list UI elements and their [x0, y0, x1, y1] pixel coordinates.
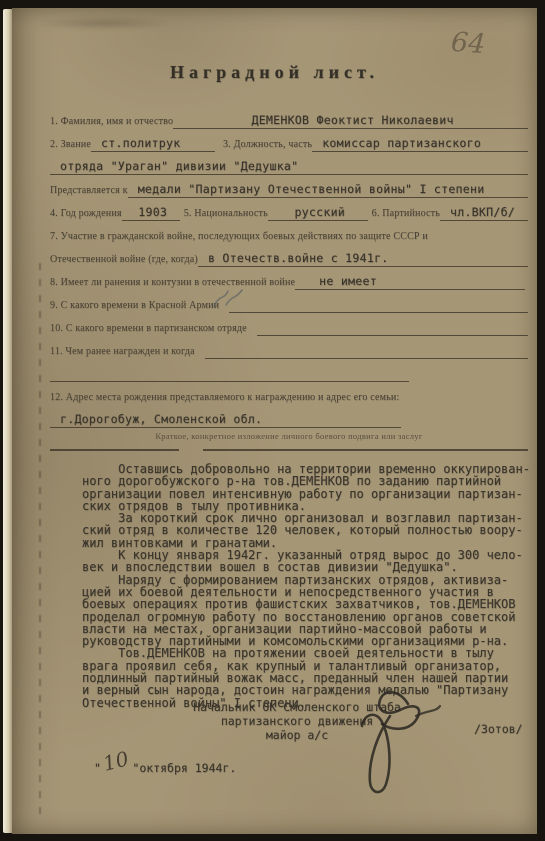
citation-paragraph: Наряду с формированием партизанских отря… [82, 574, 540, 648]
field-wounds: 8. Имеет ли ранения и контузии в отечест… [50, 267, 528, 290]
blank-line [455, 277, 525, 290]
presented-for-label: Представляется к [50, 185, 128, 198]
field-birth-nationality-party: 4. Год рождения 1903 5. Национальность р… [50, 198, 528, 221]
previous-awards-label: 11. Чем ранее награжден и когда [50, 346, 195, 359]
citation-text: Оставшись добровольно на территории врем… [82, 463, 540, 709]
address-value: г.Дорогобуж, Смоленской обл. [50, 412, 401, 428]
pencil-page-number: 64 [450, 27, 486, 60]
field-partisan-since: 10. С какого времени в партизанском отря… [50, 313, 528, 336]
field-name-label: 1. Фамилия, имя и отчество [50, 116, 173, 129]
partisan-since-label: 10. С какого времени в партизанском отря… [50, 323, 247, 336]
nationality-value: русский [268, 205, 368, 221]
field-address-label-row: 12. Адрес места рождения представляемого… [50, 382, 528, 405]
ink-smudge [40, 16, 170, 30]
field-war-participation-line1: 7. Участие в гражданской войне, последую… [50, 221, 528, 244]
field-address-value-row: г.Дорогобуж, Смоленской обл. [50, 405, 528, 428]
blank-line [395, 254, 528, 267]
divider-gap [179, 449, 203, 451]
signer-surname: /Зотов/ [474, 722, 522, 736]
citation-paragraph: К концу января 1942г. указанный отряд вы… [82, 549, 540, 574]
field-name-value: ДЕМЕНКОВ Феоктист Николаевич [173, 113, 528, 129]
field-previous-awards: 11. Чем ранее награжден и когда [50, 336, 528, 359]
divider-segment [50, 449, 179, 451]
address-label: 12. Адрес места рождения представляемого… [50, 392, 399, 405]
field-rank-label: 2. Звание [50, 139, 91, 152]
war-participation-value: в Отечеств.войне с 1941г. [198, 251, 395, 267]
field-position-value-line2: отряда "Ураган" дивизии "Дедушка" [50, 159, 528, 175]
citation-paragraph: Оставшись добровольно на территории врем… [82, 463, 540, 512]
handwritten-signature [312, 686, 462, 801]
award-form: 1. Фамилия, имя и отчество ДЕМЕНКОВ Феок… [50, 106, 528, 451]
blank-line [257, 323, 528, 336]
field-rank-position: 2. Звание ст.политрук 3. Должность, част… [50, 129, 528, 152]
field-position-value-line1: комиссар партизанского [312, 136, 528, 152]
blank-line [50, 369, 409, 382]
presented-for-value: медали "Партизану Отечественной войны" I… [128, 182, 528, 198]
handwritten-day: 10 [100, 746, 131, 775]
party-label: 6. Партийность [372, 208, 440, 221]
field-position-label: 3. Должность, часть [223, 139, 312, 152]
blank-line [205, 346, 528, 359]
section-divider [50, 449, 528, 451]
field-rank-value: ст.политрук [91, 136, 215, 152]
document-title: Наградной лист. [12, 62, 537, 83]
red-army-since-label: 9. С какого времени в Красной Армии [50, 300, 219, 313]
birth-year-value: 1903 [122, 205, 180, 221]
citation-paragraph: За короткий срок лично организовал и воз… [82, 512, 540, 549]
pencil-check-mark [210, 286, 250, 312]
field-red-army-since: 9. С какого времени в Красной Армии [50, 290, 528, 313]
wounds-label: 8. Имеет ли ранения и контузии в отечест… [50, 277, 295, 290]
war-participation-label-line2: Отечественной войне (где, когда) [50, 254, 198, 267]
document-date: "10"октября 1944г. [94, 753, 236, 777]
field-name: 1. Фамилия, имя и отчество ДЕМЕНКОВ Феок… [50, 106, 528, 129]
field-war-participation-line2: Отечественной войне (где, когда) в Отече… [50, 244, 528, 267]
war-participation-label-line1: 7. Участие в гражданской войне, последую… [50, 231, 428, 244]
field-previous-awards-continuation [50, 359, 528, 382]
date-month-year: октября 1944г. [139, 761, 236, 775]
scanned-award-document: { "colors": { "paper": "#a59676", "ink":… [0, 0, 545, 841]
birth-year-label: 4. Год рождения [50, 208, 122, 221]
divider-segment [203, 449, 528, 451]
party-value: чл.ВКП/б/ [440, 205, 528, 221]
date-open-quote: " [94, 761, 101, 775]
citation-section-caption: Краткое, конкретное изложение личного бо… [50, 428, 528, 446]
field-presented-for: Представляется к медали "Партизану Отече… [50, 175, 528, 198]
vertical-crease [39, 263, 41, 823]
field-position-continuation: отряда "Ураган" дивизии "Дедушка" [50, 152, 528, 175]
document-paper: 64 Наградной лист. 1. Фамилия, имя и отч… [12, 8, 537, 834]
blank-line [229, 300, 528, 313]
wounds-value: не имеет [295, 274, 455, 290]
nationality-label: 5. Национальность [184, 208, 268, 221]
